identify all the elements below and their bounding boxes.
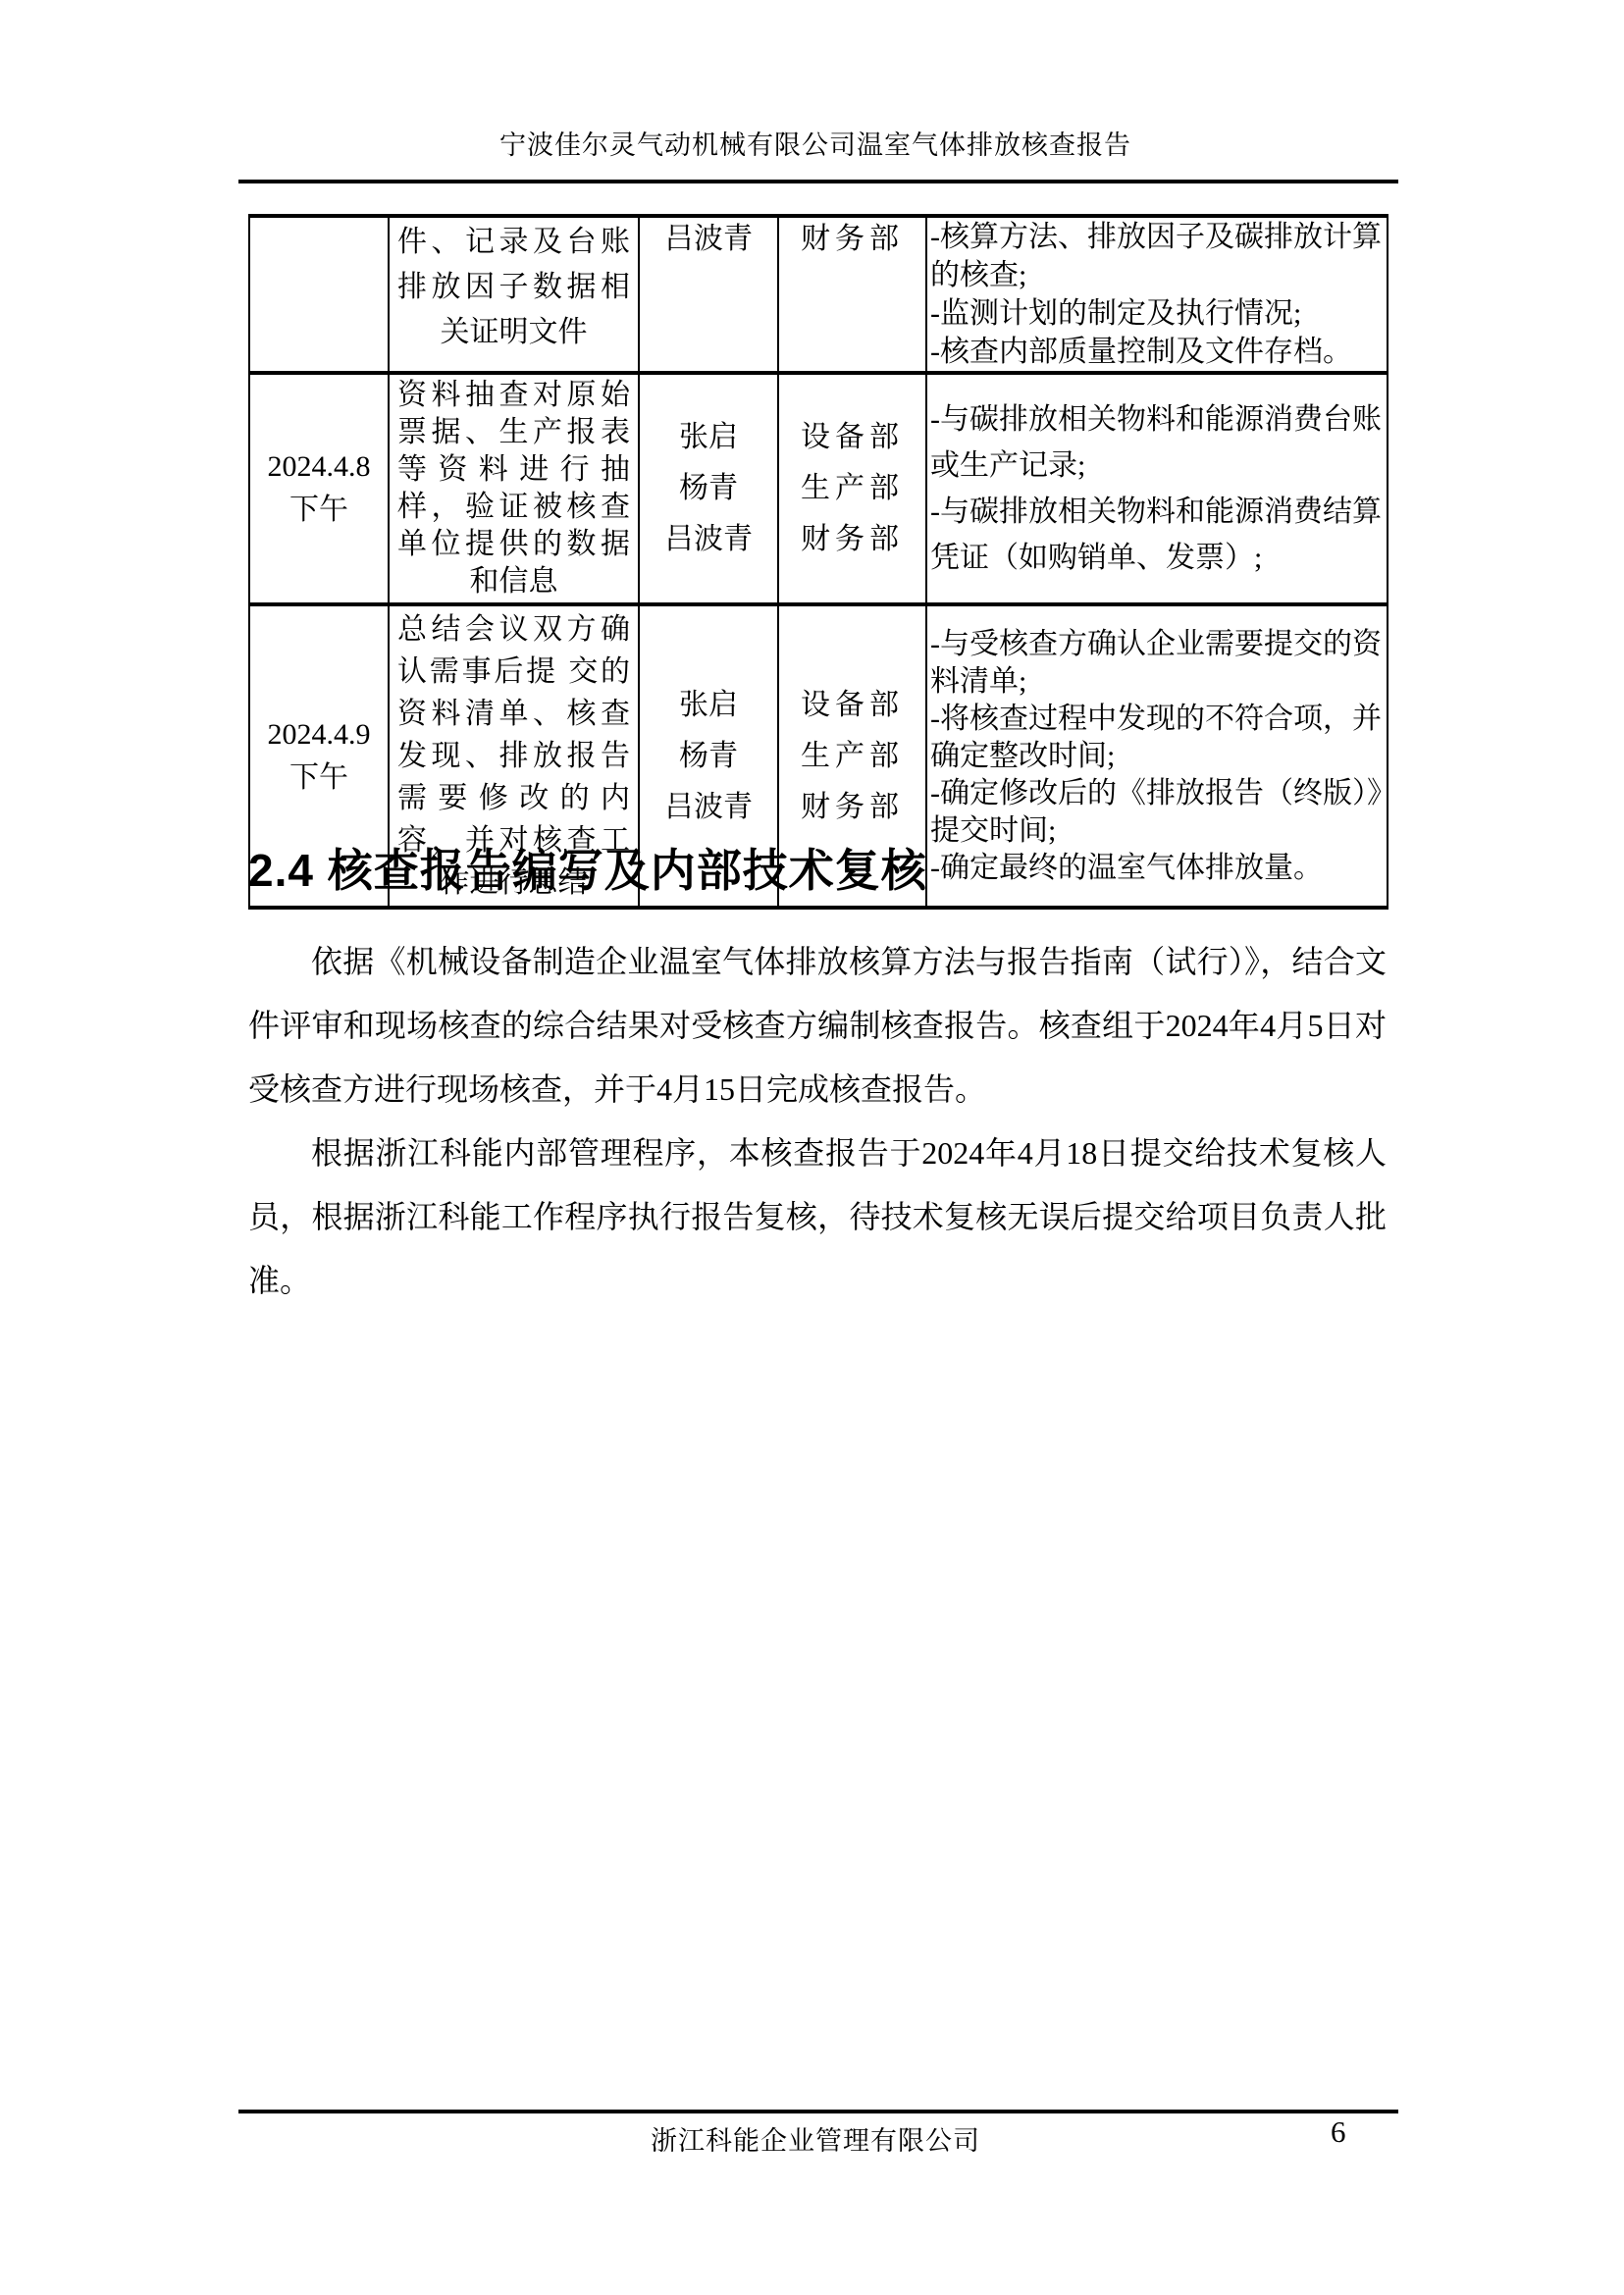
- cell-persons: 张启 杨青 吕波青: [639, 373, 778, 604]
- detail-item: -核查内部质量控制及文件存档。: [930, 333, 1384, 371]
- footer-company: 浙江科能企业管理有限公司: [651, 2126, 980, 2156]
- paragraph: 依据《机械设备制造企业温室气体排放核算方法与报告指南（试行）》，结合文件评审和现…: [248, 930, 1387, 1121]
- cell-date: 2024.4.8 下午: [249, 373, 389, 604]
- table-row: 2024.4.8 下午 资料抽查对原始票据、生产报表等资料进行抽样，验证被核查单…: [249, 373, 1388, 604]
- detail-item: -与受核查方确认企业需要提交的资料清单;: [930, 626, 1384, 701]
- cell-activity: 资料抽查对原始票据、生产报表等资料进行抽样，验证被核查单位提供的数据和信息: [389, 373, 639, 604]
- paragraph: 根据浙江科能内部管理程序，本核查报告于2024年4月18日提交给技术复核人员，根…: [248, 1121, 1387, 1313]
- footer-rule: [238, 2110, 1398, 2113]
- cell-details: -与碳排放相关物料和能源消费台账或生产记录; -与碳排放相关物料和能源消费结算凭…: [926, 373, 1388, 604]
- verification-schedule-table: 件、记录及台账排放因子数据相关证明文件 吕波青 财务部 -核算方法、排放因子及碳…: [248, 214, 1388, 910]
- cell-activity: 件、记录及台账排放因子数据相关证明文件: [389, 216, 639, 373]
- detail-item: -将核查过程中发现的不符合项，并确定整改时间;: [930, 701, 1384, 775]
- cell-details: -核算方法、排放因子及碳排放计算的核查; -监测计划的制定及执行情况; -核查内…: [926, 216, 1388, 373]
- header-rule: [238, 180, 1398, 183]
- document-page: 宁波佳尔灵气动机械有限公司温室气体排放核查报告 件、记录及台账排放因子数据相关证…: [0, 0, 1624, 2295]
- page-footer: 浙江科能企业管理有限公司: [242, 2119, 1388, 2158]
- section-heading: 2.4 核查报告编写及内部技术复核: [248, 835, 1387, 900]
- detail-item: -核算方法、排放因子及碳排放计算的核查;: [930, 218, 1384, 294]
- cell-departments: 设备部 生产部 财务部: [778, 373, 926, 604]
- header-title: 宁波佳尔灵气动机械有限公司温室气体排放核查报告: [499, 130, 1131, 160]
- page-header: 宁波佳尔灵气动机械有限公司温室气体排放核查报告: [242, 124, 1388, 162]
- detail-item: -监测计划的制定及执行情况;: [930, 294, 1384, 333]
- page-number: 6: [1331, 2114, 1346, 2150]
- section-body: 依据《机械设备制造企业温室气体排放核算方法与报告指南（试行）》，结合文件评审和现…: [248, 930, 1387, 1313]
- detail-item: -与碳排放相关物料和能源消费台账或生产记录;: [930, 396, 1384, 489]
- table-row: 件、记录及台账排放因子数据相关证明文件 吕波青 财务部 -核算方法、排放因子及碳…: [249, 216, 1388, 373]
- cell-departments: 财务部: [778, 216, 926, 373]
- cell-date: [249, 216, 389, 373]
- cell-persons: 吕波青: [639, 216, 778, 373]
- detail-item: -与碳排放相关物料和能源消费结算凭证（如购销单、发票）;: [930, 489, 1384, 581]
